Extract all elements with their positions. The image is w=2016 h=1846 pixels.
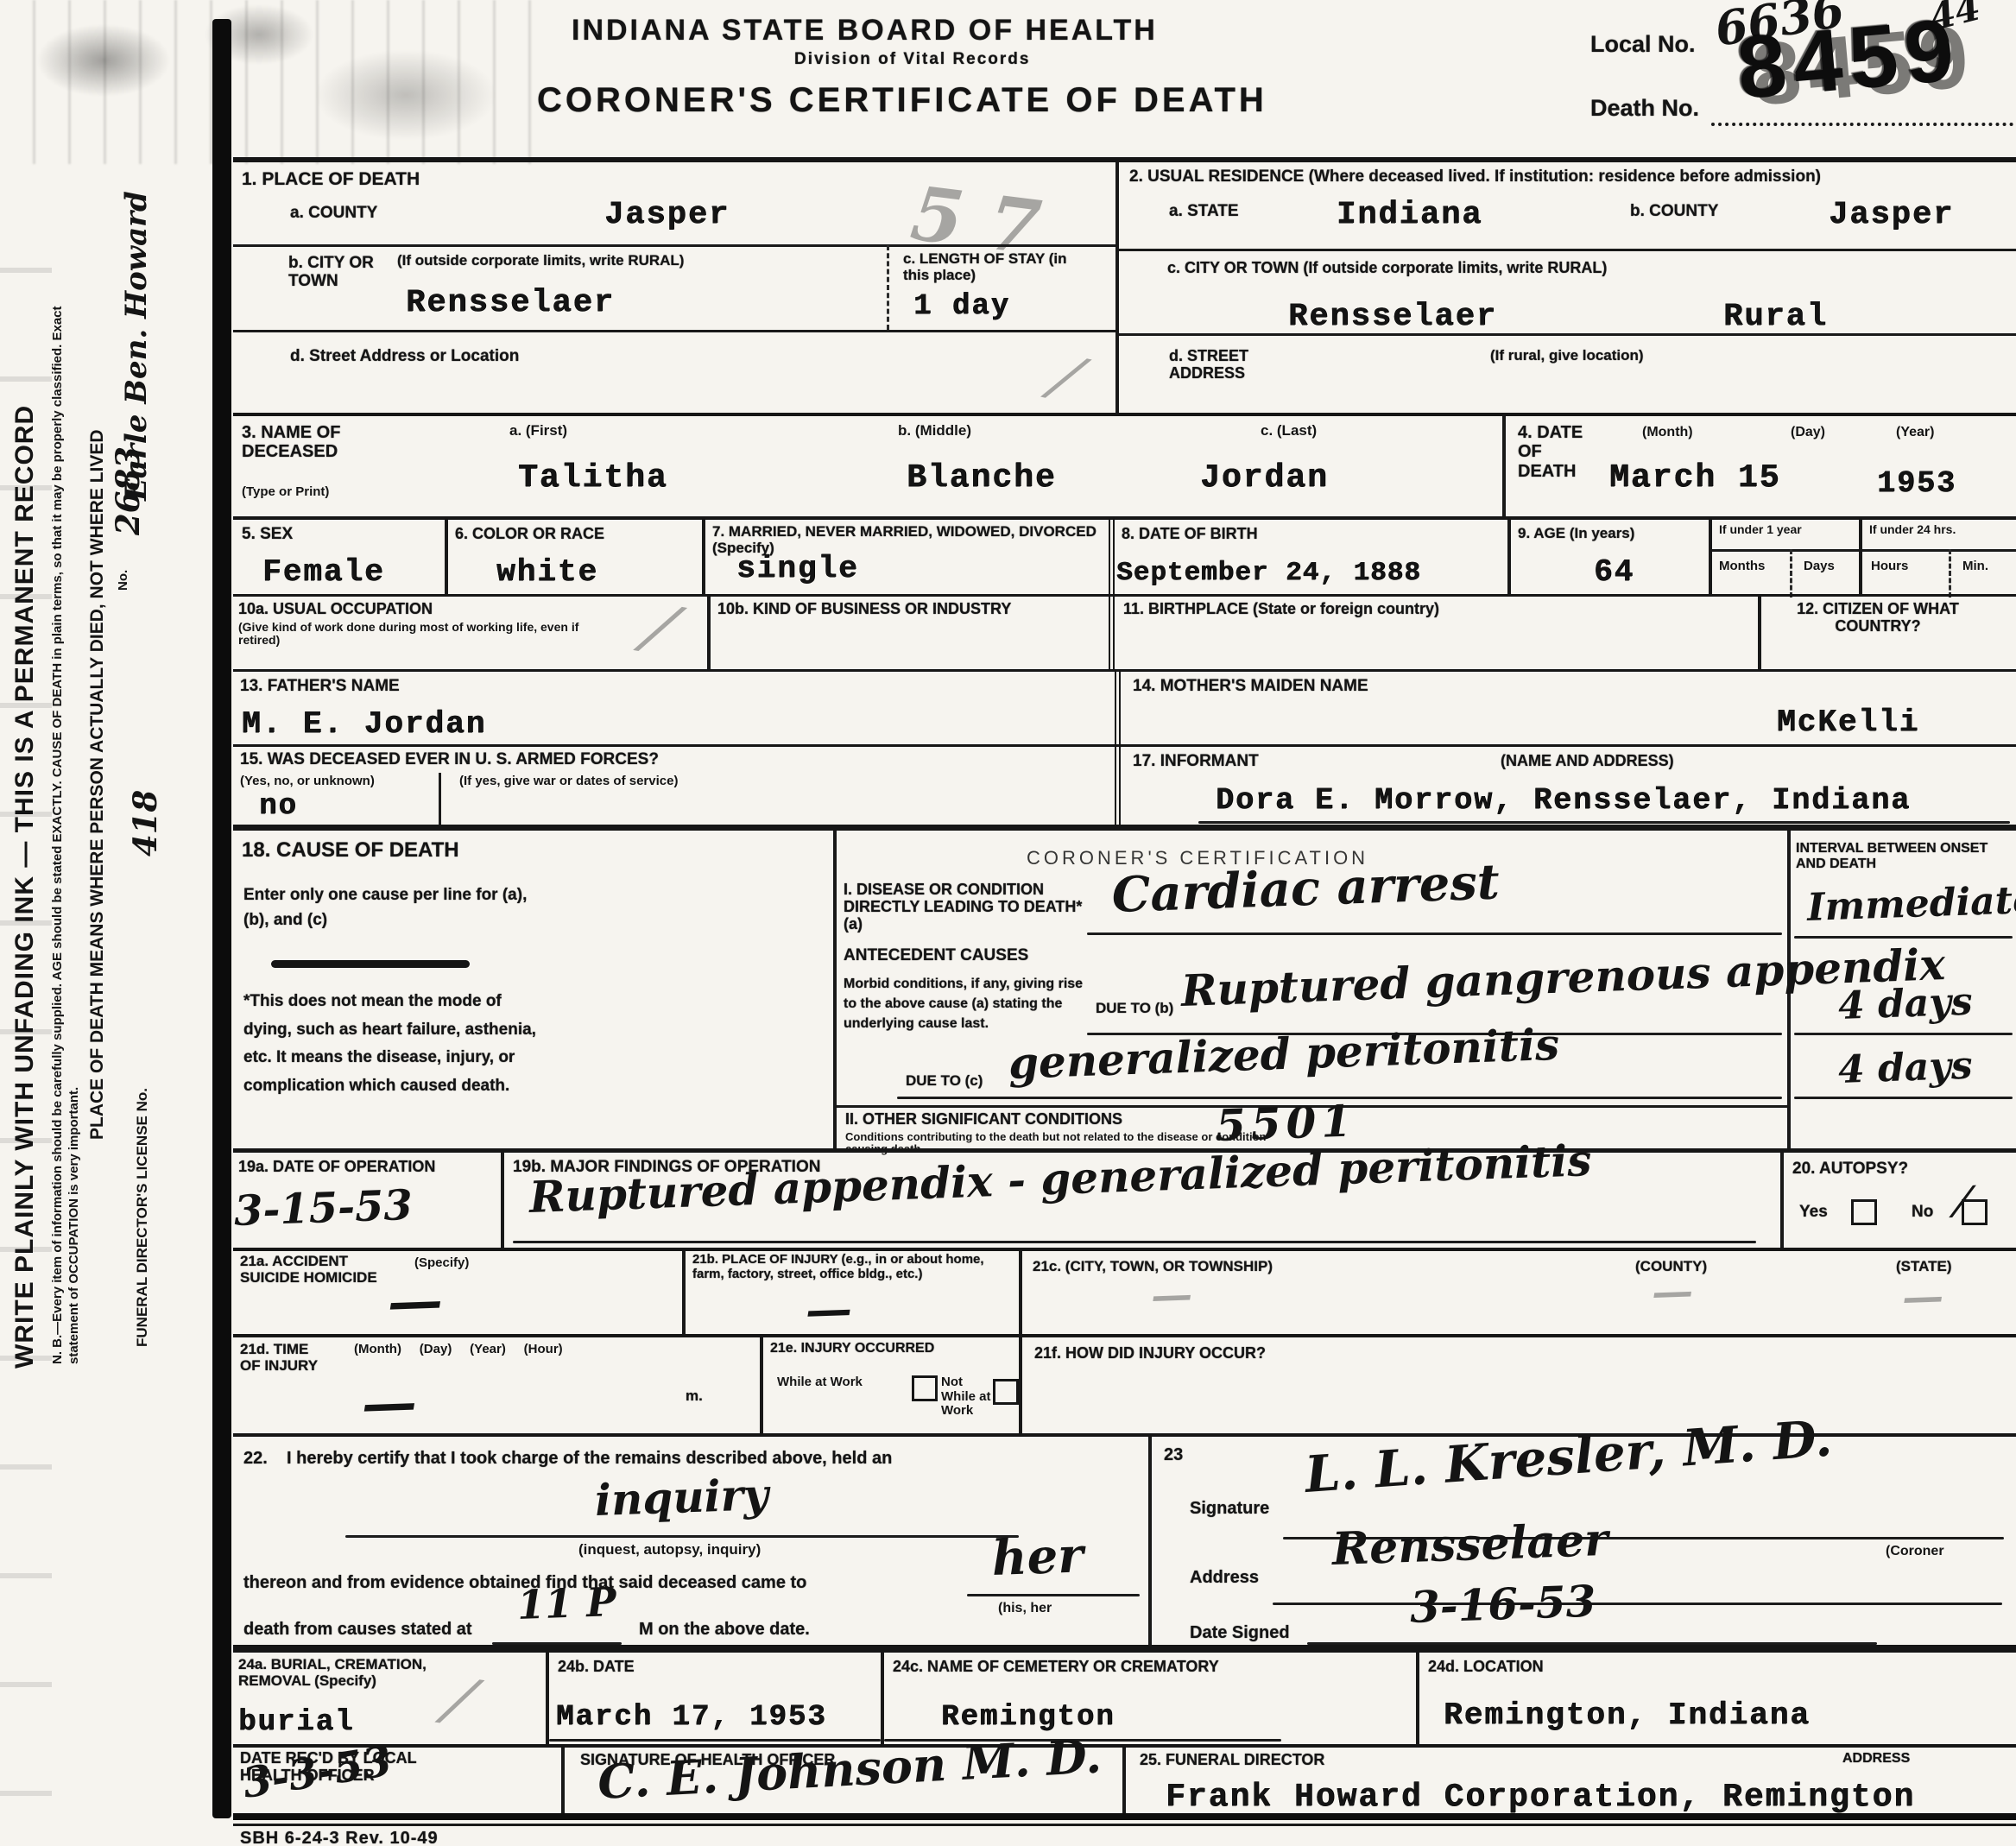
inquest-paren: (inquest, autopsy, inquiry): [578, 1542, 761, 1558]
cemetery-label: 24c. NAME OF CEMETERY OR CREMATORY: [893, 1658, 1219, 1675]
margin-note-permanent: WRITE PLAINLY WITH UNFADING INK — THIS I…: [9, 164, 41, 1369]
informant-label: 17. INFORMANT: [1133, 752, 1259, 770]
section-2-usual-residence: 2. USUAL RESIDENCE (Where deceased lived…: [1119, 162, 2016, 413]
held-inquiry-value: inquiry: [594, 1469, 769, 1526]
autopsy-label: 20. AUTOPSY?: [1792, 1160, 1908, 1178]
section-17-informant: 17. INFORMANT (NAME AND ADDRESS) Dora E.…: [1121, 747, 2016, 825]
fill-line: [513, 1241, 1756, 1243]
accident-label: 21a. ACCIDENT SUICIDE HOMICIDE: [240, 1253, 378, 1286]
death-day-paren: (Day): [1791, 425, 1825, 440]
place-of-injury-label: 21b. PLACE OF INJURY (e.g., in or about …: [692, 1253, 1012, 1282]
death-no-stamp: 8459: [1733, 0, 1964, 119]
cause-c-value: generalized peritonitis: [1008, 1019, 1560, 1089]
date-received-box: DATE REC'D BY LOCAL HEALTH OFFICER 3-3-5…: [233, 1748, 565, 1813]
certify-line-3: death from causes stated at: [243, 1620, 472, 1639]
row-parents: 13. FATHER'S NAME M. E. Jordan 14. MOTHE…: [233, 669, 2016, 744]
section-21c-injury-location: 21c. (CITY, TOWN, OR TOWNSHIP) (COUNTY) …: [1022, 1251, 2016, 1334]
disease-leading-label: I. DISEASE OR CONDITION DIRECTLY LEADING…: [844, 881, 1103, 932]
section-24c-cemetery: 24c. NAME OF CEMETERY OR CREMATORY Remin…: [884, 1653, 1419, 1744]
length-of-stay-label: c. LENGTH OF STAY (in this place): [903, 250, 1093, 283]
fill-line: [345, 1535, 1019, 1538]
injury-city-dash: —: [1150, 1270, 1193, 1320]
interval-c-value: 4 days: [1837, 1044, 1973, 1092]
antecedent-causes-label: ANTECEDENT CAUSES: [844, 946, 1028, 964]
funeral-director-label: 25. FUNERAL DIRECTOR: [1140, 1751, 1324, 1768]
under-24-hrs-label: If under 24 hrs.: [1869, 523, 1956, 536]
sex-label: 5. SEX: [242, 525, 293, 543]
informant-value: Dora E. Morrow, Rensselaer, Indiana: [1216, 783, 1911, 818]
left-margin: WRITE PLAINLY WITH UNFADING INK — THIS I…: [0, 0, 233, 1846]
father-value: M. E. Jordan: [242, 706, 486, 742]
section-13-father: 13. FATHER'S NAME M. E. Jordan: [233, 672, 1121, 744]
coroner-address-value: Rensselaer: [1331, 1514, 1609, 1576]
certify-line-3b: M on the above date.: [639, 1620, 810, 1639]
last-name-label: c. (Last): [1261, 423, 1317, 439]
hours-min-divider: [1949, 549, 1951, 597]
middle-name-value: Blanche: [907, 459, 1057, 496]
how-injury-label: 21f. HOW DID INJURY OCCUR?: [1034, 1344, 1266, 1362]
days-label: Days: [1804, 559, 1835, 574]
certificate-form: INDIANA STATE BOARD OF HEALTH Division o…: [233, 0, 2016, 1846]
date-received-value: 3-3-53: [239, 1737, 395, 1808]
armed-forces-paren1: (Yes, no, or unknown): [240, 774, 375, 789]
length-of-stay-value: 1 day: [913, 290, 1010, 323]
age-value: 64: [1594, 554, 1634, 590]
divider-line: [1712, 549, 1859, 552]
his-her-paren: (his, her: [998, 1601, 1052, 1616]
cause-of-death-label: 18. CAUSE OF DEATH: [242, 839, 459, 863]
section-3-name-of-deceased: 3. NAME OF DECEASED (Type or Print) a. (…: [233, 416, 1506, 516]
death-month-paren: (Month): [1642, 425, 1693, 440]
place-of-injury-dash: —: [805, 1280, 853, 1337]
middle-name-label: b. (Middle): [898, 423, 971, 439]
mother-label: 14. MOTHER'S MAIDEN NAME: [1133, 677, 1368, 695]
length-of-stay-divider: [887, 245, 889, 330]
certify-number: 22.: [243, 1449, 268, 1468]
cause-note-2: *This does not mean the mode of dying, s…: [243, 988, 546, 1101]
row-health-officer: DATE REC'D BY LOCAL HEALTH OFFICER 3-3-5…: [233, 1744, 2016, 1813]
death-no-label: Death No.: [1590, 95, 1699, 121]
section-22-certify-statement: 22. I hereby certify that I took charge …: [233, 1437, 1152, 1645]
section-8-date-of-birth: 8. DATE OF BIRTH September 24, 1888: [1115, 520, 1511, 594]
birth-date-value: September 24, 1888: [1116, 558, 1421, 588]
citizen-label: 12. CITIZEN OF WHAT COUNTRY?: [1770, 600, 1986, 635]
row-burial: 24a. BURIAL, CREMATION, REMOVAL (Specify…: [233, 1645, 2016, 1744]
form-title: CORONER'S CERTIFICATE OF DEATH: [537, 81, 1267, 120]
fill-line: [1087, 932, 1782, 935]
race-label: 6. COLOR OR RACE: [455, 525, 604, 542]
death-year-paren: (Year): [1896, 425, 1934, 440]
section-9-age: 9. AGE (In years) 64: [1511, 520, 1712, 594]
mother-value: McKelli: [1777, 705, 1919, 740]
name-subtitle: (Type or Print): [242, 485, 329, 500]
other-conditions-label: II. OTHER SIGNIFICANT CONDITIONS: [845, 1110, 1122, 1128]
fill-line: [967, 1594, 1140, 1596]
row-demographics: 5. SEX Female 6. COLOR OR RACE white 7. …: [233, 516, 2016, 594]
burial-value: burial: [238, 1706, 354, 1739]
margin-director-license-number: 418: [126, 736, 164, 857]
state-value: Indiana: [1337, 197, 1482, 233]
fill-line: [1198, 821, 2010, 824]
row-injury-1: 21a. ACCIDENT SUICIDE HOMICIDE (Specify)…: [233, 1248, 2016, 1334]
section-6-color-or-race: 6. COLOR OR RACE white: [448, 520, 705, 594]
residence-street-label: d. STREET ADDRESS: [1169, 347, 1290, 382]
section-24d-location: 24d. LOCATION Remington, Indiana: [1419, 1653, 2016, 1744]
pencil-check-mark: ⁄: [1053, 342, 1078, 416]
pronoun-her-value: her: [991, 1527, 1084, 1587]
section-21b-place-of-injury: 21b. PLACE OF INJURY (e.g., in or about …: [686, 1251, 1022, 1334]
time-of-death-value: 11 P: [516, 1578, 616, 1628]
armed-forces-value: no: [259, 790, 298, 823]
bottom-border-heavy: [233, 1813, 2016, 1820]
armed-forces-divider: [439, 773, 441, 825]
fill-line: [1794, 1033, 2013, 1035]
division-subtitle: Division of Vital Records: [794, 50, 1030, 68]
first-name-value: Talitha: [518, 459, 668, 496]
divider-line: [233, 330, 1115, 332]
funeral-director-value: Frank Howard Corporation, Remington: [1166, 1779, 1915, 1816]
section-24b-burial-date: 24b. DATE March 17, 1953: [549, 1653, 884, 1744]
section-21a-accident-suicide-homicide: 21a. ACCIDENT SUICIDE HOMICIDE (Specify)…: [233, 1251, 686, 1334]
birth-date-label: 8. DATE OF BIRTH: [1122, 525, 1258, 542]
section-21e-injury-occurred: 21e. INJURY OCCURRED While at Work Not W…: [763, 1337, 1022, 1433]
section-10a-usual-occupation: 10a. USUAL OCCUPATION (Give kind of work…: [233, 597, 711, 669]
father-label: 13. FATHER'S NAME: [240, 677, 400, 695]
interval-header: INTERVAL BETWEEN ONSET AND DEATH: [1796, 841, 2007, 872]
section-7-marital-status: 7. MARRIED, NEVER MARRIED, WIDOWED, DIVO…: [705, 520, 1115, 594]
state-label: a. STATE: [1169, 202, 1239, 220]
section-14-mother: 14. MOTHER'S MAIDEN NAME McKelli: [1121, 672, 2016, 744]
form-header: INDIANA STATE BOARD OF HEALTH Division o…: [233, 0, 2016, 157]
short-rule: [271, 960, 470, 968]
date-signed-label: Date Signed: [1190, 1623, 1290, 1642]
interval-a-value: Immediate: [1806, 878, 2016, 930]
margin-note-nb: N. B.—Every item of information should b…: [50, 289, 83, 1364]
section-21d-time-of-injury: 21d. TIME OF INJURY (Month) (Day) (Year)…: [233, 1337, 763, 1433]
street-address-label: d. Street Address or Location: [290, 347, 519, 365]
section-18-cause-notes: 18. CAUSE OF DEATH Enter only one cause …: [233, 831, 837, 1148]
binding-bar: [212, 19, 231, 1818]
margin-note-place-of-death: PLACE OF DEATH MEANS WHERE PERSON ACTUAL…: [86, 324, 109, 1140]
first-name-label: a. (First): [509, 423, 567, 439]
row-certification: 22. I hereby certify that I took charge …: [233, 1433, 2016, 1645]
morbid-conditions-note: Morbid conditions, if any, giving rise t…: [844, 974, 1085, 1034]
section-12-citizen: 12. CITIZEN OF WHAT COUNTRY?: [1761, 597, 2016, 669]
section-1-place-of-death: 1. PLACE OF DEATH a. COUNTY Jasper 5 7 b…: [233, 162, 1119, 413]
row-name-and-death-date: 3. NAME OF DECEASED (Type or Print) a. (…: [233, 413, 2016, 516]
time-of-injury-dash: —: [360, 1370, 418, 1437]
armed-forces-label: 15. WAS DECEASED EVER IN U. S. ARMED FOR…: [240, 750, 724, 768]
county-value: Jasper: [604, 197, 730, 233]
divider-line: [233, 244, 1115, 247]
address-label: Address: [1190, 1568, 1259, 1587]
section-19a-date-of-operation: 19a. DATE OF OPERATION 3-15-53: [233, 1153, 504, 1248]
death-certificate-scan: WRITE PLAINLY WITH UNFADING INK — THIS I…: [0, 0, 2016, 1846]
birthplace-label: 11. BIRTHPLACE (State or foreign country…: [1123, 600, 1439, 617]
funeral-director-address-label: ADDRESS: [1842, 1751, 1910, 1767]
sex-value: Female: [262, 554, 385, 590]
date-signed-value: 3-16-53: [1409, 1576, 1596, 1633]
section-18-coroner-certification: CORONER'S CERTIFICATION I. DISEASE OR CO…: [837, 831, 1791, 1148]
divider-line: [1119, 249, 2016, 251]
last-name-value: Jordan: [1200, 459, 1329, 496]
cemetery-location-value: Remington, Indiana: [1444, 1697, 1811, 1733]
name-title: 3. NAME OF DECEASED: [242, 423, 423, 462]
section-4-date-of-death: 4. DATE OF DEATH (Month) (Day) (Year) Ma…: [1506, 416, 2016, 516]
section-20-autopsy: 20. AUTOPSY? Yes No ⁄: [1784, 1153, 2016, 1248]
hours-label: Hours: [1871, 559, 1908, 574]
injury-county-dash: —: [1651, 1267, 1694, 1317]
cemetery-location-label: 24d. LOCATION: [1428, 1658, 1544, 1675]
not-while-at-work-checkbox: [993, 1379, 1019, 1405]
fill-line: [1794, 936, 2013, 939]
due-to-b-label: DUE TO (b): [1096, 1000, 1173, 1016]
time-m-label: m.: [686, 1388, 703, 1404]
bottom-border-thin: [233, 1824, 2016, 1826]
while-at-work-label: While at Work: [777, 1375, 881, 1390]
operation-date-value: 3-15-53: [233, 1181, 414, 1236]
residence-street-paren: (If rural, give location): [1490, 347, 1644, 364]
divider-line: [1862, 549, 2016, 552]
occupation-paren: (Give kind of work done during most of w…: [238, 621, 584, 648]
residence-county-label: b. COUNTY: [1630, 202, 1718, 220]
cause-note-1: Enter only one cause per line for (a), (…: [243, 882, 537, 933]
signature-label: Signature: [1190, 1499, 1269, 1518]
row-place-and-residence: 1. PLACE OF DEATH a. COUNTY Jasper 5 7 b…: [233, 157, 2016, 413]
health-officer-signature-box: SIGNATURE OF HEALTH OFFICER C. E. Johnso…: [565, 1748, 1126, 1813]
row-operation: 19a. DATE OF OPERATION 3-15-53 19b. MAJO…: [233, 1148, 2016, 1248]
under-1-year-label: If under 1 year: [1719, 523, 1802, 536]
autopsy-no-check-mark: ⁄: [1958, 1179, 1967, 1227]
city-or-town-label: b. CITY OR TOWN: [288, 254, 382, 291]
row-forces-informant: 15. WAS DECEASED EVER IN U. S. ARMED FOR…: [233, 744, 2016, 825]
due-to-c-label: DUE TO (c): [906, 1072, 983, 1089]
operation-date-label: 19a. DATE OF OPERATION: [238, 1158, 446, 1175]
interval-b-value: 4 days: [1837, 980, 1973, 1028]
section-25-funeral-director: 25. FUNERAL DIRECTOR ADDRESS Frank Howar…: [1126, 1748, 2016, 1813]
months-label: Months: [1719, 559, 1765, 574]
occupation-label: 10a. USUAL OCCUPATION: [238, 600, 433, 617]
residence-city-label: c. CITY OR TOWN (If outside corporate li…: [1167, 259, 1789, 276]
divider-line: [1119, 333, 2016, 336]
major-findings-value: Ruptured appendix - generalized peritoni…: [528, 1135, 1592, 1223]
city-rural-paren: (If outside corporate limits, write RURA…: [397, 252, 898, 269]
burial-label: 24a. BURIAL, CREMATION, REMOVAL (Specify…: [238, 1656, 489, 1689]
armed-forces-paren2: (If yes, give war or dates of service): [459, 774, 678, 789]
injury-state-dash: —: [1901, 1272, 1944, 1322]
death-year-value: 1953: [1877, 466, 1956, 501]
margin-director-license-label: FUNERAL DIRECTOR'S LICENSE No.: [133, 859, 151, 1347]
race-value: white: [496, 554, 598, 590]
fill-line: [1794, 1097, 2013, 1099]
min-label: Min.: [1962, 559, 1988, 574]
death-date-label: 4. DATE OF DEATH: [1518, 423, 1604, 481]
age-label: 9. AGE (In years): [1518, 525, 1634, 541]
business-label: 10b. KIND OF BUSINESS OR INDUSTRY: [717, 600, 1097, 617]
accident-dash-value: —: [386, 1268, 444, 1335]
local-no-label: Local No.: [1590, 31, 1696, 57]
fill-line: [1273, 1603, 2002, 1605]
age-under-1-year-box: If under 1 year Months Days: [1712, 520, 1862, 594]
margin-embalmer-license-number: 2683: [109, 413, 147, 535]
section-5-sex: 5. SEX Female: [233, 520, 448, 594]
informant-paren: (NAME AND ADDRESS): [1501, 752, 1674, 769]
fill-line: [549, 1739, 881, 1742]
marital-value: single: [736, 551, 859, 586]
section-21f-how-injury-occurred: 21f. HOW DID INJURY OCCUR?: [1022, 1337, 2016, 1433]
autopsy-yes-checkbox: [1851, 1199, 1877, 1225]
residence-county-value: Jasper: [1829, 197, 1954, 233]
burial-date-label: 24b. DATE: [558, 1658, 635, 1675]
section-11-birthplace: 11. BIRTHPLACE (State or foreign country…: [1115, 597, 1761, 669]
autopsy-yes-label: Yes: [1799, 1203, 1828, 1221]
burial-date-value: March 17, 1953: [556, 1701, 827, 1734]
not-while-at-work-label: Not While at Work: [941, 1375, 993, 1419]
age-under-24-hrs-box: If under 24 hrs. Hours Min.: [1862, 520, 2016, 594]
row-cause-of-death: 18. CAUSE OF DEATH Enter only one cause …: [233, 825, 2016, 1148]
autopsy-no-label: No: [1912, 1203, 1933, 1221]
signature-number: 23: [1164, 1445, 1183, 1464]
section-19b-major-findings: 19b. MAJOR FINDINGS OF OPERATION Rupture…: [504, 1153, 1784, 1248]
section-1-title: 1. PLACE OF DEATH: [242, 169, 420, 190]
death-date-value: March 15: [1609, 459, 1780, 496]
residence-city-rural-value: Rural: [1723, 299, 1828, 335]
section-10b-business: 10b. KIND OF BUSINESS OR INDUSTRY: [711, 597, 1115, 669]
row-occupation: 10a. USUAL OCCUPATION (Give kind of work…: [233, 594, 2016, 669]
months-days-divider: [1790, 549, 1792, 597]
form-number-footer: SBH 6-24-3 Rev. 10-49: [240, 1829, 439, 1846]
injury-occurred-label: 21e. INJURY OCCURRED: [770, 1341, 1012, 1356]
time-of-injury-label: 21d. TIME OF INJURY: [240, 1341, 326, 1374]
city-value: Rensselaer: [406, 285, 615, 321]
pencil-slash-mark: ⁄: [648, 591, 673, 670]
margin-no-label: No.: [116, 537, 132, 591]
county-label: a. COUNTY: [290, 204, 377, 222]
section-24a-burial: 24a. BURIAL, CREMATION, REMOVAL (Specify…: [233, 1653, 549, 1744]
coroner-paren: (Coroner: [1886, 1544, 1944, 1559]
time-of-injury-columns: (Month) (Day) (Year) (Hour): [354, 1343, 563, 1357]
section-15-armed-forces: 15. WAS DECEASED EVER IN U. S. ARMED FOR…: [233, 747, 1121, 825]
certify-line-1: I hereby certify that I took charge of t…: [287, 1449, 1137, 1468]
while-at-work-checkbox: [912, 1375, 938, 1401]
residence-city-value: Rensselaer: [1288, 299, 1497, 335]
agency-title: INDIANA STATE BOARD OF HEALTH: [572, 14, 1158, 47]
section-23-coroner-signature: 23 Signature L. L. Kresler, M. D. (Coron…: [1152, 1437, 2016, 1645]
section-2-title: 2. USUAL RESIDENCE (Where deceased lived…: [1129, 168, 2001, 186]
section-18-interval-column: INTERVAL BETWEEN ONSET AND DEATH Immedia…: [1791, 831, 2016, 1148]
other-conditions-value: 5501: [1215, 1095, 1357, 1151]
